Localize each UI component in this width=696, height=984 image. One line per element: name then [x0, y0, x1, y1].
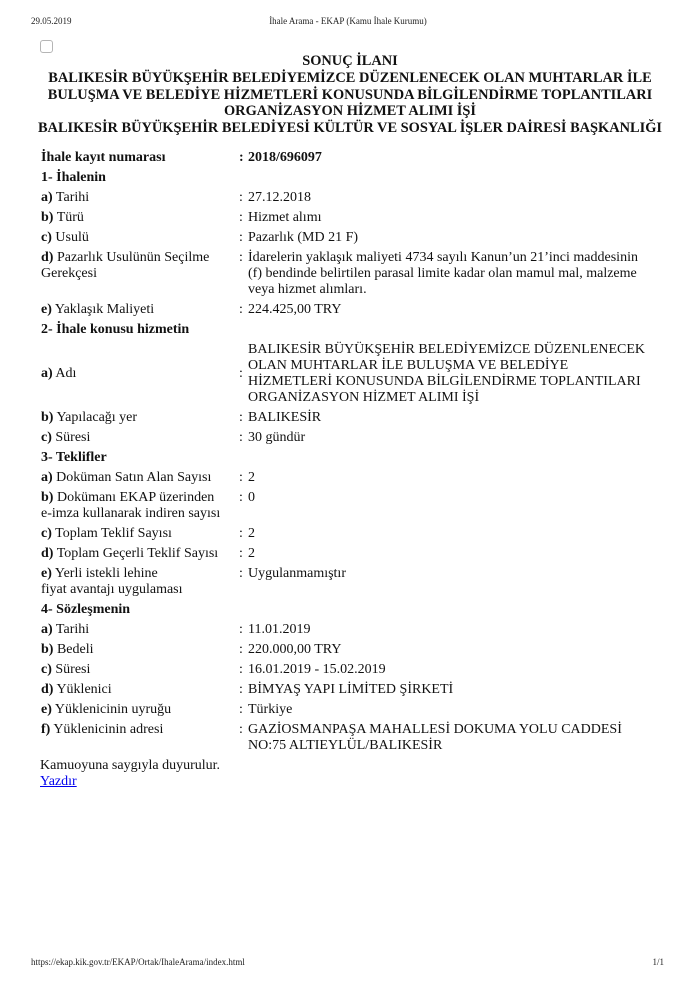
- docs-downloaded-value: 0: [248, 490, 661, 522]
- checkbox[interactable]: [40, 40, 53, 53]
- valid-offers-value: 2: [248, 546, 661, 562]
- print-page-number: 1/1: [652, 957, 664, 967]
- title-line: BULUŞMA VE BELEDİYE HİZMETLERİ KONUSUNDA…: [30, 87, 670, 104]
- subject-name-value: BALIKESİR BÜYÜKŞEHİR BELEDİYEMİZCE DÜZEN…: [248, 342, 661, 406]
- title-line: BALIKESİR BÜYÜKŞEHİR BELEDİYEMİZCE DÜZEN…: [30, 70, 670, 87]
- estimated-cost-value: 224.425,00 TRY: [248, 302, 661, 318]
- title-line: SONUÇ İLANI: [30, 53, 670, 70]
- docs-bought-value: 2: [248, 470, 661, 486]
- tender-reason-row: d) Pazarlık Usulünün SeçilmeGerekçesi :İ…: [41, 250, 661, 298]
- tender-reason-value: İdarelerin yaklaşık maliyeti 4734 sayılı…: [248, 250, 661, 298]
- contractor-nationality-value: Türkiye: [248, 702, 661, 718]
- announcement-title: SONUÇ İLANI BALIKESİR BÜYÜKŞEHİR BELEDİY…: [30, 53, 670, 137]
- contractor-value: BİMYAŞ YAPI LİMİTED ŞİRKETİ: [248, 682, 661, 698]
- contract-price-row: b) Bedeli :220.000,00 TRY: [41, 642, 661, 658]
- docs-downloaded-row: b) Dokümanı EKAP üzerindene-imza kullana…: [41, 490, 661, 522]
- section-heading: 2- İhale konusu hizmetin: [41, 322, 661, 338]
- subject-name-row: a) Adı :BALIKESİR BÜYÜKŞEHİR BELEDİYEMİZ…: [41, 342, 661, 406]
- tender-procedure-value: Pazarlık (MD 21 F): [248, 230, 661, 246]
- contract-price-value: 220.000,00 TRY: [248, 642, 661, 658]
- docs-bought-row: a) Doküman Satın Alan Sayısı :2: [41, 470, 661, 486]
- contractor-row: d) Yüklenici :BİMYAŞ YAPI LİMİTED ŞİRKET…: [41, 682, 661, 698]
- contract-period-value: 16.01.2019 - 15.02.2019: [248, 662, 661, 678]
- contract-date-value: 11.01.2019: [248, 622, 661, 638]
- contractor-nationality-row: e) Yüklenicinin uyruğu :Türkiye: [41, 702, 661, 718]
- print-page-title: İhale Arama - EKAP (Kamu İhale Kurumu): [0, 16, 696, 26]
- contractor-address-value: GAZİOSMANPAŞA MAHALLESİ DOKUMA YOLU CADD…: [248, 722, 661, 754]
- subject-duration-row: c) Süresi :30 gündür: [41, 430, 661, 446]
- record-number-label: İhale kayıt numarası: [41, 150, 239, 166]
- domestic-advantage-value: Uygulanmamıştır: [248, 566, 661, 598]
- tender-date-value: 27.12.2018: [248, 190, 661, 206]
- title-line: BALIKESİR BÜYÜKŞEHİR BELEDİYESİ KÜLTÜR V…: [30, 120, 670, 137]
- subject-place-row: b) Yapılacağı yer :BALIKESİR: [41, 410, 661, 426]
- estimated-cost-row: e) Yaklaşık Maliyeti :224.425,00 TRY: [41, 302, 661, 318]
- subject-duration-value: 30 gündür: [248, 430, 661, 446]
- domestic-advantage-row: e) Yerli istekli lehinefiyat avantajı uy…: [41, 566, 661, 598]
- contract-date-row: a) Tarihi :11.01.2019: [41, 622, 661, 638]
- subject-place-value: BALIKESİR: [248, 410, 661, 426]
- section-heading: 1- İhalenin: [41, 170, 661, 186]
- tender-type-value: Hizmet alımı: [248, 210, 661, 226]
- valid-offers-row: d) Toplam Geçerli Teklif Sayısı :2: [41, 546, 661, 562]
- section-heading: 4- Sözleşmenin: [41, 602, 661, 618]
- total-offers-value: 2: [248, 526, 661, 542]
- contract-period-row: c) Süresi :16.01.2019 - 15.02.2019: [41, 662, 661, 678]
- record-number-value: 2018/696097: [248, 150, 661, 166]
- tender-type-row: b) Türü :Hizmet alımı: [41, 210, 661, 226]
- print-url: https://ekap.kik.gov.tr/EKAP/Ortak/Ihale…: [31, 957, 245, 967]
- total-offers-row: c) Toplam Teklif Sayısı :2: [41, 526, 661, 542]
- closing-text: Kamuoyuna saygıyla duyurulur.: [40, 758, 661, 774]
- print-link[interactable]: Yazdır: [40, 774, 77, 789]
- contractor-address-row: f) Yüklenicinin adresi :GAZİOSMANPAŞA MA…: [41, 722, 661, 754]
- tender-procedure-row: c) Usulü :Pazarlık (MD 21 F): [41, 230, 661, 246]
- record-number-row: İhale kayıt numarası :2018/696097: [41, 150, 661, 166]
- tender-date-row: a) Tarihi :27.12.2018: [41, 190, 661, 206]
- title-line: ORGANİZASYON HİZMET ALIMI İŞİ: [30, 103, 670, 120]
- section-heading: 3- Teklifler: [41, 450, 661, 466]
- announcement-body: İhale kayıt numarası :2018/696097 1- İha…: [41, 150, 661, 790]
